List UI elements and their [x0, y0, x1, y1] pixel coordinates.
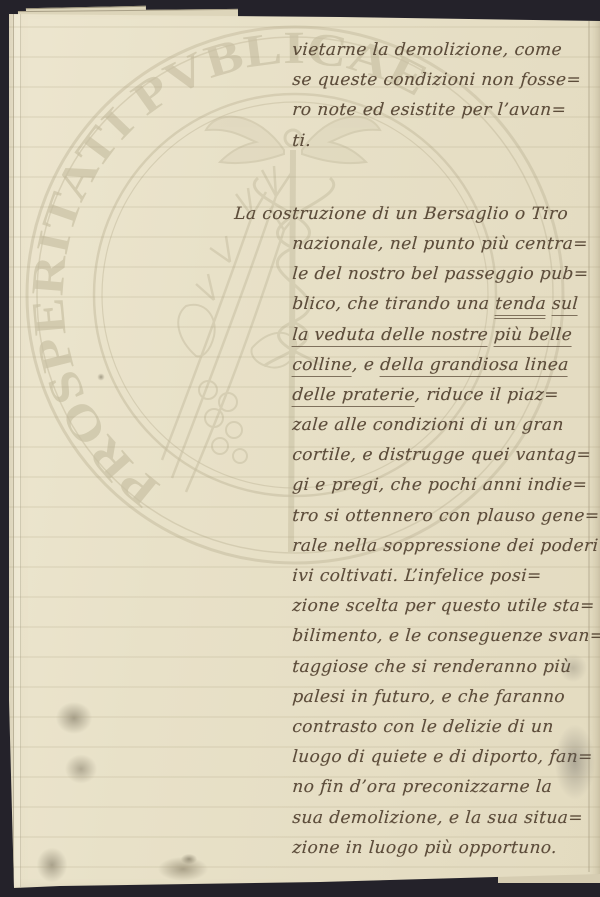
manuscript-line: ivi coltivati. L’infelice posi=	[291, 566, 593, 596]
manuscript-line: rale nella soppressione dei poderi	[291, 536, 593, 566]
phrase: ti.	[292, 131, 312, 151]
phrase: taggiose che si renderanno più	[292, 657, 573, 677]
phrase: La costruzione di un Bersaglio o Tiro	[234, 204, 569, 224]
underlined-phrase: della grandiosa linea	[379, 355, 569, 377]
phrase: luogo di quiete e di diporto, fan=	[292, 747, 594, 767]
phrase: palesi in futuro, e che faranno	[292, 687, 566, 707]
manuscript-line: no fin d’ora preconizzarne la	[291, 777, 593, 807]
ink-smudge	[48, 695, 100, 741]
ink-smudge	[30, 840, 74, 890]
phrase: zale alle condizioni di un gran	[292, 415, 565, 435]
manuscript-line: taggiose che si renderanno più	[291, 657, 593, 687]
phrase: cortile, e distrugge quei vantag=	[292, 445, 592, 465]
phrase: le del nostro bel passeggio pub=	[292, 264, 590, 284]
phrase: bilimento, e le conseguenze svan=	[292, 626, 600, 646]
page-binding-edge	[13, 14, 21, 887]
manuscript-line: contrasto con le delizie di un	[291, 717, 593, 747]
underlined-phrase: più belle	[493, 325, 573, 347]
handwritten-text: vietarne la demolizione, comese queste c…	[292, 40, 592, 868]
manuscript-line: zione in luogo più opportuno.	[291, 838, 593, 868]
manuscript-line: cortile, e distrugge quei vantag=	[291, 445, 593, 475]
phrase: gi e pregi, che pochi anni indie=	[292, 475, 588, 495]
manuscript-line: gi e pregi, che pochi anni indie=	[291, 475, 593, 505]
phrase: no fin d’ora preconizzarne la	[292, 777, 553, 797]
phrase: vietarne la demolizione, come	[292, 40, 563, 60]
phrase: tro si ottennero con plauso gene=	[292, 506, 600, 526]
manuscript-line: le del nostro bel passeggio pub=	[291, 264, 593, 294]
manuscript-line: se queste condizioni non fosse=	[291, 70, 593, 100]
phrase: , riduce il piaz=	[414, 385, 559, 405]
manuscript-line: nazionale, nel punto più centra=	[291, 234, 593, 264]
underlined-phrase: tenda	[494, 294, 547, 319]
phrase: contrasto con le delizie di un	[292, 717, 555, 737]
manuscript-line: ti.	[291, 131, 593, 161]
underlined-phrase: colline	[292, 355, 353, 377]
manuscript-line: delle praterie, riduce il piaz=	[291, 385, 593, 415]
manuscript-line: sua demolizione, e la sua situa=	[291, 808, 593, 838]
manuscript-page: PROSPERITATI PVBLICAE	[0, 0, 600, 897]
manuscript-line: zale alle condizioni di un gran	[291, 415, 593, 445]
underlined-phrase: delle praterie	[292, 385, 416, 407]
ink-smudge	[58, 748, 104, 790]
phrase: se queste condizioni non fosse=	[292, 70, 582, 90]
fox-spot	[96, 372, 106, 382]
scanned-manuscript-photo: PROSPERITATI PVBLICAE	[0, 0, 600, 897]
phrase: ivi coltivati. L’infelice posi=	[292, 566, 543, 586]
phrase: ro note ed esistite per l’avan=	[292, 100, 567, 120]
manuscript-line: palesi in futuro, e che faranno	[291, 687, 593, 717]
manuscript-line: ro note ed esistite per l’avan=	[291, 100, 593, 130]
phrase: , e	[352, 355, 381, 375]
phrase: zione in luogo più opportuno.	[292, 838, 558, 858]
ink-smudge	[148, 852, 218, 886]
phrase: rale nella soppressione dei poderi	[292, 536, 599, 556]
manuscript-line: luogo di quiete e di diporto, fan=	[291, 747, 593, 777]
phrase: sua demolizione, e la sua situa=	[292, 808, 584, 828]
phrase: blico, che tirando una	[292, 294, 496, 314]
manuscript-line: la veduta delle nostre più belle	[291, 325, 593, 355]
manuscript-line: tro si ottennero con plauso gene=	[291, 506, 593, 536]
fox-spot	[178, 852, 200, 866]
manuscript-line: vietarne la demolizione, come	[291, 40, 593, 70]
manuscript-line: blico, che tirando una tenda sul	[291, 294, 593, 324]
manuscript-line: zione scelta per questo utile sta=	[291, 596, 593, 626]
phrase: nazionale, nel punto più centra=	[292, 234, 589, 254]
manuscript-line: colline, e della grandiosa linea	[291, 355, 593, 385]
phrase: zione scelta per questo utile sta=	[292, 596, 596, 616]
manuscript-line: La costruzione di un Bersaglio o Tiro	[233, 204, 593, 234]
underlined-phrase: la veduta delle nostre	[292, 325, 489, 347]
manuscript-line: bilimento, e le conseguenze svan=	[291, 626, 593, 656]
underlined-phrase: sul	[551, 294, 579, 316]
